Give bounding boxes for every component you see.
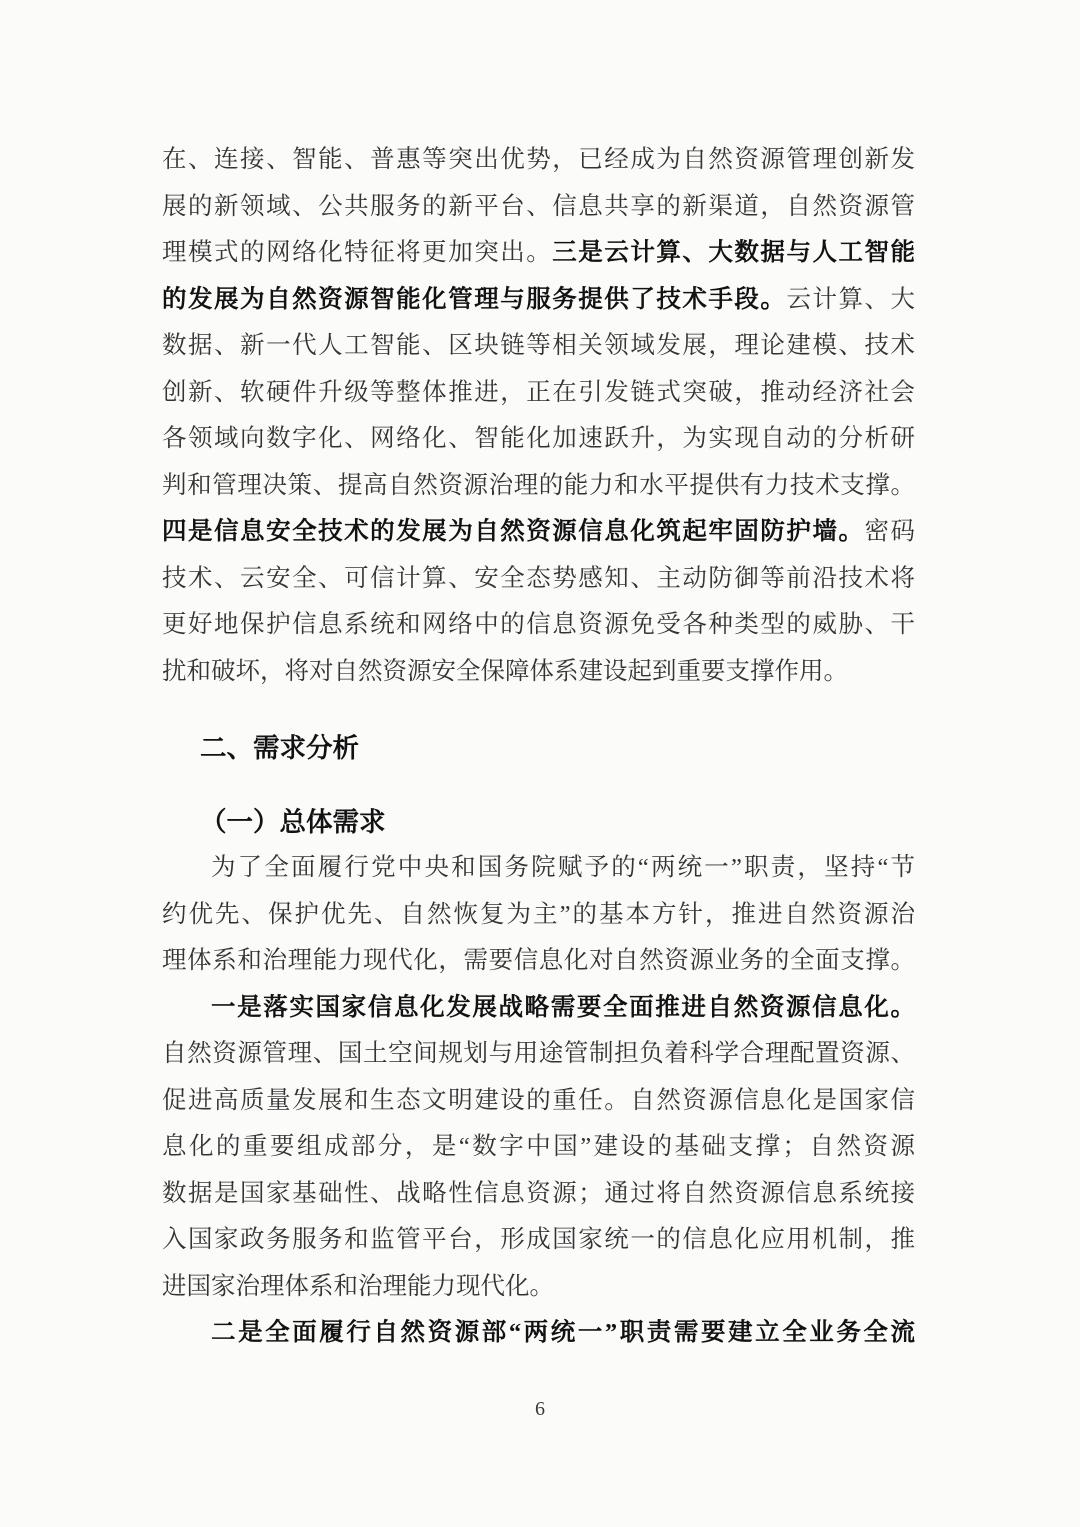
text-line: 约优先、保护优先、自然恢复为主”的基本方针，推进自然资源治 — [162, 892, 915, 939]
text-line: 二是全面履行自然资源部“两统一”职责需要建立全业务全流 — [162, 1310, 915, 1357]
text-line: 进国家治理体系和治理能力现代化。 — [162, 1264, 915, 1311]
text-line: 的发展为自然资源智能化管理与服务提供了技术手段。云计算、大 — [162, 277, 915, 324]
text-segment: 扰和破坏，将对自然资源安全保障体系建设起到重要支撑作用。 — [162, 658, 848, 685]
text-line: 为了全面履行党中央和国务院赋予的“两统一”职责，坚持“节 — [162, 845, 915, 892]
page-number: 6 — [0, 1398, 1080, 1420]
text-segment: 促进高质量发展和生态文明建设的重任。自然资源信息化是国家信 — [162, 1087, 915, 1114]
text-line: 数据是国家基础性、战略性信息资源；通过将自然资源信息系统接 — [162, 1171, 915, 1218]
text-segment: 云计算、大 — [786, 286, 915, 313]
text-line: 展的新领域、公共服务的新平台、信息共享的新渠道，自然资源管 — [162, 184, 915, 231]
subsection-heading: （一）总体需求 — [162, 799, 915, 846]
text-segment: 进国家治理体系和治理能力现代化。 — [162, 1273, 554, 1300]
bold-text-segment: 二、需求分析 — [200, 733, 359, 763]
text-line: 判和管理决策、提高自然资源治理的能力和水平提供有力技术支撑。 — [162, 463, 915, 510]
text-line: 技术、云安全、可信计算、安全态势感知、主动防御等前沿技术将 — [162, 556, 915, 603]
bold-text-segment: （一）总体需求 — [200, 807, 386, 837]
text-segment: 更好地保护信息系统和网络中的信息资源免受各种类型的威胁、干 — [162, 611, 915, 638]
text-line: 自然资源管理、国土空间规划与用途管制担负着科学合理配置资源、 — [162, 1031, 915, 1078]
text-line: 各领域向数字化、网络化、智能化加速跃升，为实现自动的分析研 — [162, 416, 915, 463]
bold-text-segment: 三是云计算、大数据与人工智能 — [552, 239, 915, 266]
bold-text-segment: 的发展为自然资源智能化管理与服务提供了技术手段。 — [162, 286, 786, 313]
text-segment: 息化的重要组成部分，是“数字中国”建设的基础支撑；自然资源 — [162, 1133, 915, 1160]
text-line: 数据、新一代人工智能、区块链等相关领域发展，理论建模、技术 — [162, 323, 915, 370]
text-line: 更好地保护信息系统和网络中的信息资源免受各种类型的威胁、干 — [162, 602, 915, 649]
text-segment: 各领域向数字化、网络化、智能化加速跃升，为实现自动的分析研 — [162, 425, 915, 452]
document-page: 在、连接、智能、普惠等突出优势，已经成为自然资源管理创新发展的新领域、公共服务的… — [0, 0, 1080, 1527]
text-segment: 展的新领域、公共服务的新平台、信息共享的新渠道，自然资源管 — [162, 193, 915, 220]
text-segment: 入国家政务服务和监管平台，形成国家统一的信息化应用机制，推 — [162, 1226, 915, 1253]
text-line: 息化的重要组成部分，是“数字中国”建设的基础支撑；自然资源 — [162, 1124, 915, 1171]
text-segment: 技术、云安全、可信计算、安全态势感知、主动防御等前沿技术将 — [162, 565, 915, 592]
text-line: 扰和破坏，将对自然资源安全保障体系建设起到重要支撑作用。 — [162, 649, 915, 696]
text-line: 入国家政务服务和监管平台，形成国家统一的信息化应用机制，推 — [162, 1217, 915, 1264]
text-line: 在、连接、智能、普惠等突出优势，已经成为自然资源管理创新发 — [162, 137, 915, 184]
text-segment: 密码 — [864, 518, 915, 545]
text-line: 理模式的网络化特征将更加突出。三是云计算、大数据与人工智能 — [162, 230, 915, 277]
document-body: 在、连接、智能、普惠等突出优势，已经成为自然资源管理创新发展的新领域、公共服务的… — [162, 137, 915, 1357]
text-line: 理体系和治理能力现代化，需要信息化对自然资源业务的全面支撑。 — [162, 938, 915, 985]
text-segment: 判和管理决策、提高自然资源治理的能力和水平提供有力技术支撑。 — [162, 472, 915, 499]
text-line: 促进高质量发展和生态文明建设的重任。自然资源信息化是国家信 — [162, 1078, 915, 1125]
text-segment: 数据、新一代人工智能、区块链等相关领域发展，理论建模、技术 — [162, 332, 915, 359]
bold-text-segment: 四是信息安全技术的发展为自然资源信息化筑起牢固防护墙。 — [162, 518, 864, 545]
text-segment: 理体系和治理能力现代化，需要信息化对自然资源业务的全面支撑。 — [162, 947, 915, 974]
text-segment: 为了全面履行党中央和国务院赋予的“两统一”职责，坚持“节 — [211, 854, 915, 881]
bold-text-segment: 一是落实国家信息化发展战略需要全面推进自然资源信息化。 — [211, 994, 915, 1021]
text-line: 创新、软硬件升级等整体推进，正在引发链式突破，推动经济社会 — [162, 370, 915, 417]
bold-text-segment: 二是全面履行自然资源部“两统一”职责需要建立全业务全流 — [211, 1319, 915, 1346]
text-segment: 约优先、保护优先、自然恢复为主”的基本方针，推进自然资源治 — [162, 901, 915, 928]
text-segment: 理模式的网络化特征将更加突出。 — [162, 239, 552, 266]
text-line: 四是信息安全技术的发展为自然资源信息化筑起牢固防护墙。密码 — [162, 509, 915, 556]
text-segment: 数据是国家基础性、战略性信息资源；通过将自然资源信息系统接 — [162, 1180, 915, 1207]
text-segment: 自然资源管理、国土空间规划与用途管制担负着科学合理配置资源、 — [162, 1040, 915, 1067]
text-segment: 创新、软硬件升级等整体推进，正在引发链式突破，推动经济社会 — [162, 379, 915, 406]
text-line: 一是落实国家信息化发展战略需要全面推进自然资源信息化。 — [162, 985, 915, 1032]
section-heading: 二、需求分析 — [162, 725, 915, 772]
text-segment: 在、连接、智能、普惠等突出优势，已经成为自然资源管理创新发 — [162, 146, 915, 173]
